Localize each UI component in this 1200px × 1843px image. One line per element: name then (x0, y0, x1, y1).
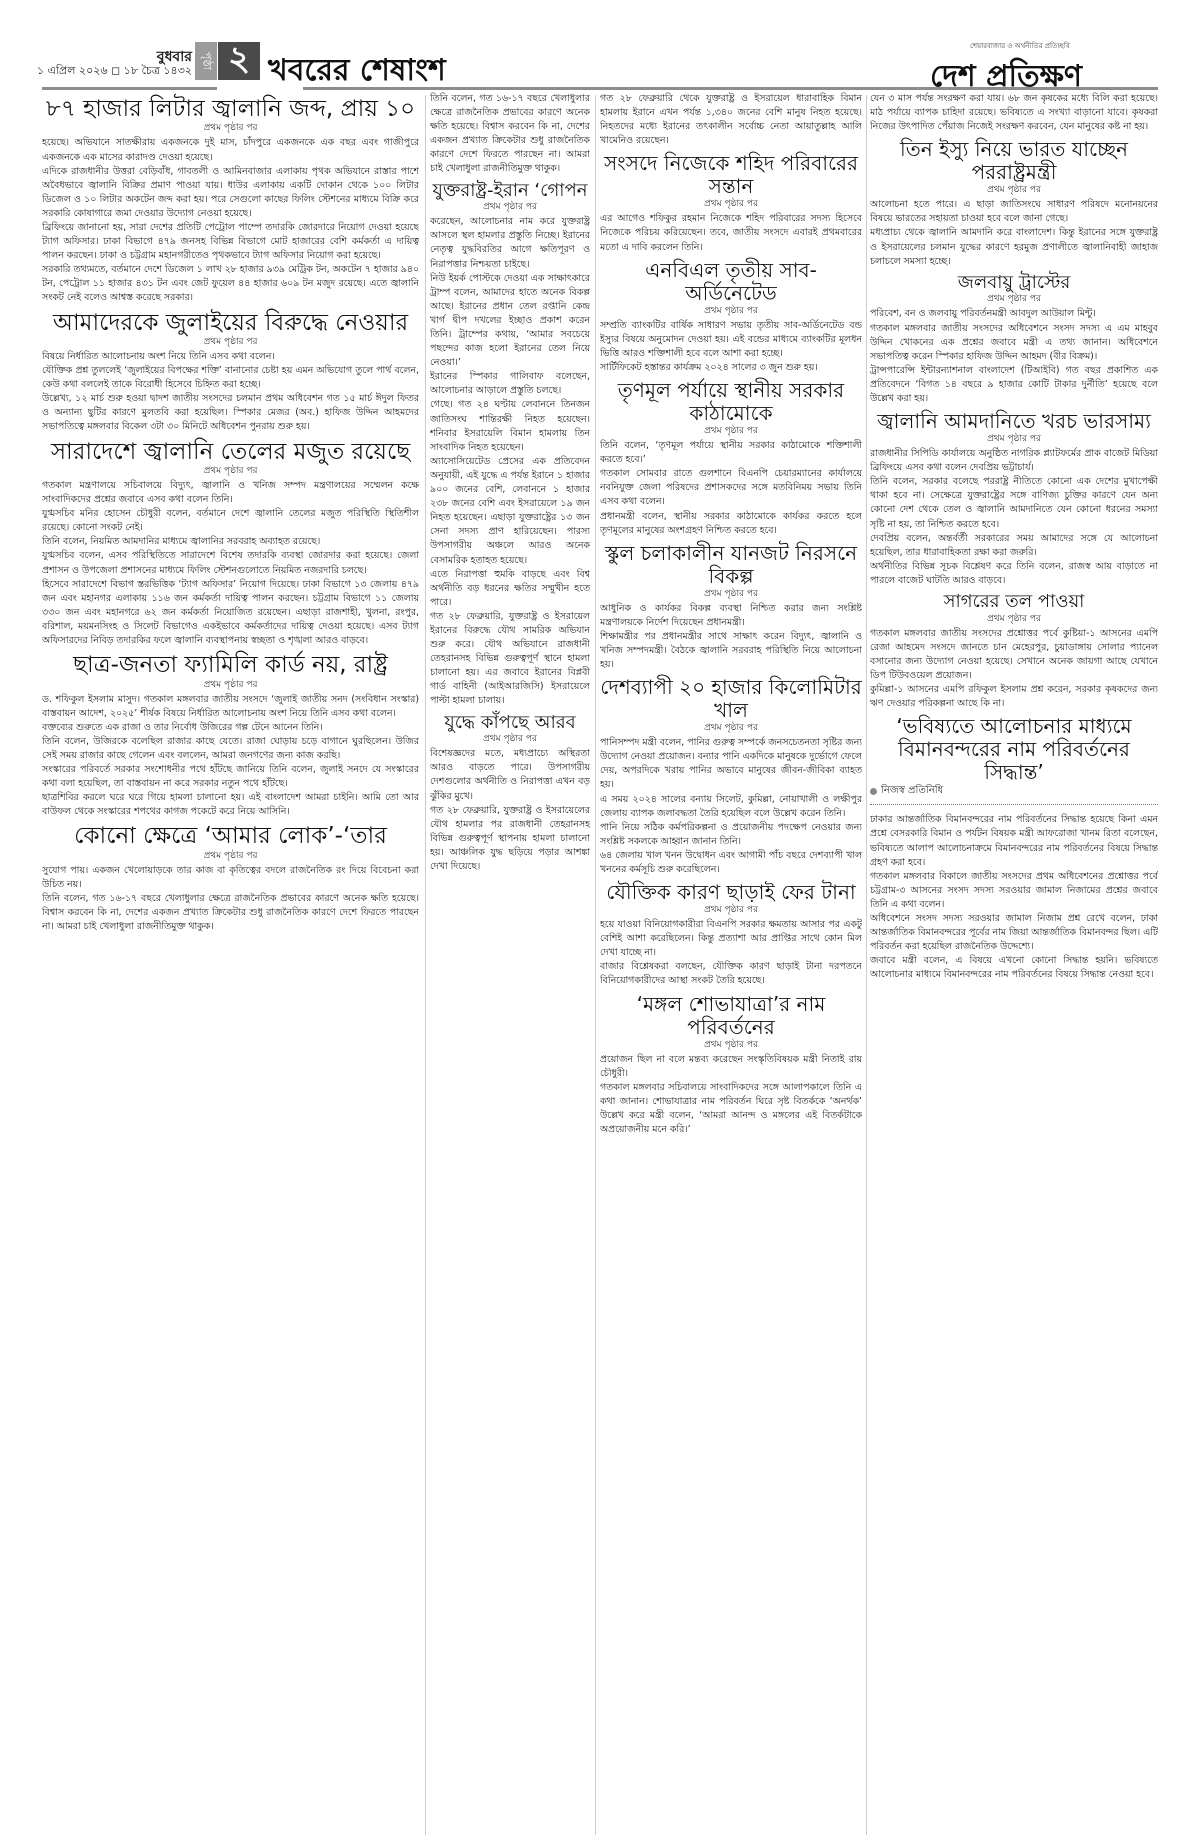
paragraph: তিনি বলেন, গত ১৬-১৭ বছরে খেলাধুলার ক্ষেত… (430, 92, 590, 177)
paragraph: মধ্যপ্রাচ্য থেকে জ্বালানি আমদানি করে বাং… (870, 226, 1158, 268)
paragraph: যুগ্মসচিব বলেন, এসব পরিস্থিতিতে সারাদেশে… (42, 549, 419, 577)
column-divider (595, 95, 596, 1835)
article-airport-rename[interactable]: ‘ভবিষ্যতে আলোচনার মাধ্যমে বিমানবন্দরের ন… (870, 715, 1158, 982)
paragraph: হয়েছে। অভিযানে সাতক্ষীরায় একজনকে দুই ম… (42, 136, 419, 164)
article-my-people-cont[interactable]: তিনি বলেন, গত ১৬-১৭ বছরে খেলাধুলার ক্ষেত… (430, 92, 590, 177)
column-divider (866, 95, 867, 1835)
column-2: তিনি বলেন, গত ১৬-১৭ বছরে খেলাধুলার ক্ষেত… (430, 92, 590, 1837)
paragraph: গতকাল মঙ্গলবার বিকালে জাতীয় সংসদের প্রথ… (870, 870, 1158, 912)
headline[interactable]: দেশব্যাপী ২০ হাজার কিলোমিটার খাল (600, 676, 862, 722)
headline[interactable]: ৮৭ হাজার লিটার জ্বালানি জব্দ, প্রায় ১০ (42, 96, 419, 122)
paragraph: বাজার বিশ্লেষকরা বলছেন, যৌক্তিক কারণ ছাড… (600, 960, 862, 988)
paragraph: গতকাল সোমবার রাতে গুলশানে বিএনপি চেয়ারম… (600, 467, 862, 509)
paragraph: গত ২৮ ফেব্রুয়ারি, যুক্তরাষ্ট্র ও ইসরায়… (430, 804, 590, 874)
paragraph: এদিকে রাজধানীর উত্তরা বেড়িবাঁধ, গাবতলী … (42, 165, 419, 221)
continued-label: প্রথম পৃষ্ঠার পর (430, 733, 590, 745)
continued-label: প্রথম পৃষ্ঠার পর (870, 613, 1158, 625)
page-header: বুধবার ১ এপ্রিল ২০২৬ ◻ ১৮ চৈত্র ১৪৩২ পৃষ… (0, 0, 1200, 82)
continued-label: প্রথম পৃষ্ঠার পর (600, 305, 862, 317)
paragraph: দেবপ্রিয় বলেন, অন্তর্বর্তী সরকারের সময়… (870, 532, 1158, 560)
headline[interactable]: আমাদেরকে জুলাইয়ের বিরুদ্ধে নেওয়ার (42, 310, 419, 336)
continued-label: প্রথম পৃষ্ঠার পর (870, 293, 1158, 305)
column-1: ৮৭ হাজার লিটার জ্বালানি জব্দ, প্রায় ১০ … (42, 92, 419, 1837)
article-sea-bottom[interactable]: সাগরের তল পাওয়া প্রথম পৃষ্ঠার পর গতকাল … (870, 592, 1158, 711)
paragraph: নিউ ইয়র্ক পোস্টকে দেওয়া এক সাক্ষাৎকারে… (430, 272, 590, 371)
column-3: গত ২৮ ফেব্রুয়ারি থেকে যুক্তরাষ্ট্র ও ইস… (600, 92, 862, 1837)
paragraph: তিনি বলেন, ‘তৃণমূল পর্যায়ে স্থানীয় সরক… (600, 439, 862, 467)
paragraph: সুযোগ পায়। একজন খেলোয়াড়কে তার কাজ বা … (42, 864, 419, 892)
continued-label: প্রথম পৃষ্ঠার পর (600, 588, 862, 600)
article-war-arab[interactable]: যুদ্ধে কাঁপছে আরব প্রথম পৃষ্ঠার পর বিশেষ… (430, 713, 590, 875)
headline[interactable]: যৌক্তিক কারণ ছাড়াই ফের টানা (600, 881, 862, 904)
paragraph: এতে নিরাপত্তা হুমকি বাড়ছে এবং বিশ্ব অর্… (430, 568, 590, 610)
headline[interactable]: তিন ইস্যু নিয়ে ভারত যাচ্ছেন পররাষ্ট্রমন… (870, 138, 1158, 184)
paragraph: পানি নিয়ে সঠিক কর্মপরিকল্পনা ও প্রয়োজন… (600, 821, 862, 849)
paragraph: জবাবে মন্ত্রী বলেন, এ বিষয়ে এখনো কোনো স… (870, 954, 1158, 982)
continued-label: প্রথম পৃষ্ঠার পর (870, 184, 1158, 196)
paragraph: হয়ে যাওয়া বিনিয়োগকারীরা বিএনপি সরকার … (600, 918, 862, 960)
paragraph: পানিসম্পদ মন্ত্রী বলেন, পানির গুরুত্ব সম… (600, 736, 862, 792)
headline[interactable]: সারাদেশে জ্বালানি তেলের মজুত রয়েছে (42, 439, 419, 465)
article-fuel-reserve[interactable]: সারাদেশে জ্বালানি তেলের মজুত রয়েছে প্রথ… (42, 439, 419, 649)
paragraph: গতকাল মঙ্গলবার জাতীয় সংসদের অধিবেশনে সং… (870, 322, 1158, 364)
paragraph: বক্তব্যের শুরুতে এক রাজা ও তার নির্বোধ উ… (42, 721, 419, 735)
paragraph: অধিবেশনে সংসদ সদস্য সরওয়ার জামাল নিজাম … (870, 912, 1158, 954)
paragraph: যেন ৩ মাস পর্যন্ত সংরক্ষণ করা যায়। ৬৮ জ… (870, 92, 1158, 134)
headline[interactable]: যুদ্ধে কাঁপছে আরব (430, 713, 590, 734)
page-label: পৃষ্ঠা (195, 42, 217, 80)
date-line: ১ এপ্রিল ২০২৬ ◻ ১৮ চৈত্র ১৪৩২ (37, 64, 192, 78)
article-my-people[interactable]: কোনো ক্ষেত্রে ‘আমার লোক’-‘তার প্রথম পৃষ্… (42, 823, 419, 934)
article-foreign-minister-india[interactable]: যেন ৩ মাস পর্যন্ত সংরক্ষণ করা যায়। ৬৮ জ… (870, 92, 1158, 269)
paragraph: সার্টিফিকেট হস্তান্তর কার্যক্রম ২০২৪ সাল… (600, 361, 862, 375)
continued-label: প্রথম পৃষ্ঠার পর (42, 850, 419, 862)
article-climate-trust[interactable]: জলবায়ু ট্রাস্টের প্রথম পৃষ্ঠার পর পরিবে… (870, 273, 1158, 406)
weekday: বুধবার (37, 50, 192, 64)
paragraph: প্রধানমন্ত্রী বলেন, স্থানীয় সরকার কাঠাম… (600, 510, 862, 538)
continued-label: প্রথম পৃষ্ঠার পর (600, 425, 862, 437)
continued-label: প্রথম পৃষ্ঠার পর (600, 722, 862, 734)
article-fuel-import-cost[interactable]: জ্বালানি আমদানিতে খরচ ভারসাম্য প্রথম পৃষ… (870, 410, 1158, 588)
header-rule-right (303, 87, 1158, 90)
paragraph: এর আগেও শফিকুর রহমান নিজেকে শহিদ পরিবারে… (600, 212, 862, 254)
continued-label: প্রথম পৃষ্ঠার পর (870, 433, 1158, 445)
paragraph: তিনি বলেন, গত ১৬-১৭ বছরে খেলাধুলার ক্ষেত… (42, 892, 419, 934)
paragraph: তিনি বলেন, নিয়মিত আমদানির মাধ্যমে জ্বাল… (42, 535, 419, 549)
continued-label: প্রথম পৃষ্ঠার পর (42, 679, 419, 691)
paragraph: গতকাল মঙ্গলবার সচিবালয়ে সাংবাদিকদের সঙ্… (600, 1081, 862, 1137)
continued-label: প্রথম পৃষ্ঠার পর (42, 465, 419, 477)
column-divider (425, 95, 426, 1835)
paragraph: অ্যাসোসিয়েটেড প্রেসের এক প্রতিবেদন অনুয… (430, 455, 590, 568)
paragraph: ৬৪ জেলায় খাল খনন উদ্বোধন এবং আগামী পাঁচ… (600, 849, 862, 877)
paragraph: উল্লেখ্য, ১২ মার্চ শুরু হওয়া দ্বাদশ জাত… (42, 392, 419, 434)
paragraph: ছাত্রশিবির করলে ঘরে ঘরে গিয়ে হামলা চালা… (42, 791, 419, 819)
paragraph: বিষয়ে নির্ধারিত আলোচনায় অংশ নিয়ে তিনি… (42, 350, 419, 364)
paragraph: করেছেন, আলোচনার নাম করে যুক্তরাষ্ট্র আসল… (430, 215, 590, 271)
paragraph: যৌক্তিক প্রশ্ন তুললেই ‘জুলাইয়ের বিপক্ষে… (42, 364, 419, 392)
header-rule-left (42, 87, 217, 90)
article-fuel-seizure[interactable]: ৮৭ হাজার লিটার জ্বালানি জব্দ, প্রায় ১০ … (42, 96, 419, 306)
article-us-iran[interactable]: যুক্তরাষ্ট্র-ইরান ‘গোপন প্রথম পৃষ্ঠার পর… (430, 181, 590, 709)
paragraph: শিক্ষামন্ত্রীর পর প্রধানমন্ত্রীর সাথে সা… (600, 630, 862, 672)
paragraph: তিনি বলেন, উজিরকে বলেছিল রাজার কাছে যেতে… (42, 735, 419, 763)
headline[interactable]: ‘ভবিষ্যতে আলোচনার মাধ্যমে বিমানবন্দরের ন… (870, 715, 1158, 784)
article-against-july[interactable]: আমাদেরকে জুলাইয়ের বিরুদ্ধে নেওয়ার প্রথ… (42, 310, 419, 435)
headline[interactable]: জ্বালানি আমদানিতে খরচ ভারসাম্য (870, 410, 1158, 433)
continued-label: প্রথম পৃষ্ঠার পর (600, 198, 862, 210)
article-local-govt[interactable]: তৃণমূল পর্যায়ে স্থানীয় সরকার কাঠামোকে … (600, 379, 862, 538)
byline: নিজস্ব প্রতিনিধি (870, 784, 1158, 805)
paragraph: ট্রান্সপারেন্সি ইন্টারন্যাশনাল বাংলাদেশ … (870, 364, 1158, 406)
continued-label: প্রথম পৃষ্ঠার পর (600, 904, 862, 916)
paragraph: যুগ্মসচিব মনির হোসেন চৌধুরী বলেন, বর্তমা… (42, 507, 419, 535)
byline-text: নিজস্ব প্রতিনিধি (881, 784, 943, 798)
headline[interactable]: যুক্তরাষ্ট্র-ইরান ‘গোপন (430, 181, 590, 202)
paragraph: গতকাল মন্ত্রণালয়ে সচিবালয়ে বিদ্যুৎ, জ্… (42, 479, 419, 507)
paragraph: সংস্কারের পরিবর্তে সরকার সংশোধনীর পথে হা… (42, 763, 419, 791)
paragraph: অর্থনীতির বিভিন্ন সূচক বিশ্লেষণ করে তিনি… (870, 560, 1158, 588)
paragraph: রাজধানীর সিপিডি কার্যালয়ে অনুষ্ঠিত নাগর… (870, 447, 1158, 475)
continued-label: প্রথম পৃষ্ঠার পর (600, 1039, 862, 1051)
article-market-fall[interactable]: যৌক্তিক কারণ ছাড়াই ফের টানা প্রথম পৃষ্ঠ… (600, 881, 862, 988)
masthead-tagline: শেয়ারবাজার ও অর্থনীতির প্রতিচ্ছবি (970, 40, 1170, 52)
paragraph: ড. শফিকুল ইসলাম মাসুদ। গতকাল মঙ্গলবার জা… (42, 693, 419, 721)
article-nbl-bond[interactable]: এনবিএল তৃতীয় সাব-অর্ডিনেটেড প্রথম পৃষ্ঠ… (600, 259, 862, 375)
paragraph: ইরানের স্পিকার গালিবাফ বলেছেন, আলোচনার আ… (430, 370, 590, 398)
paragraph: সম্প্রতি ব্যাংকটির বার্ষিক সাধারণ সভায় … (600, 319, 862, 361)
paragraph: আধুনিক ও কার্যকর বিকল্প ব্যবস্থা নিশ্চিত… (600, 602, 862, 630)
bullet-dot-icon (870, 788, 877, 795)
paragraph: বিশেষজ্ঞদের মতে, মধ্যপ্রাচ্যে অস্থিরতা আ… (430, 747, 590, 803)
paragraph: কুমিল্লা-১ আসনের এমপি রফিকুল ইসলাম প্রশ্… (870, 683, 1158, 711)
article-school-traffic[interactable]: স্কুল চলাকালীন যানজট নিরসনে বিকল্প প্রথম… (600, 542, 862, 672)
date-block: বুধবার ১ এপ্রিল ২০২৬ ◻ ১৮ চৈত্র ১৪৩২ (37, 50, 192, 78)
paragraph: গত ২৮ ফেব্রুয়ারি, যুক্তরাষ্ট্র ও ইসরায়… (430, 610, 590, 709)
paragraph: ব্রিফিংয়ে জানানো হয়, সারা দেশের প্রতিট… (42, 221, 419, 263)
paragraph: হিসেবে সারাদেশে বিভাগ স্তরভিত্তিক ‘ট্যাগ… (42, 578, 419, 648)
paragraph: ঢাকার আন্তর্জাতিক বিমানবন্দরের নাম পরিবর… (870, 813, 1158, 869)
headline[interactable]: ছাত্র-জনতা ফ্যামিলি কার্ড নয়, রাষ্ট্র (42, 652, 419, 678)
paragraph: সরকারি তথ্যমতে, বর্তমানে দেশে ডিজেল ১ লা… (42, 263, 419, 305)
article-martyr-family[interactable]: গত ২৮ ফেব্রুয়ারি থেকে যুক্তরাষ্ট্র ও ইস… (600, 92, 862, 255)
headline[interactable]: কোনো ক্ষেত্রে ‘আমার লোক’-‘তার (42, 823, 419, 849)
headline[interactable]: সংসদে নিজেকে শহিদ পরিবারের সন্তান (600, 152, 862, 198)
page-number: ২ (218, 42, 260, 80)
paragraph: আলোচনা হতে পারে। এ ছাড়া জাতিসংঘে সাধারণ… (870, 198, 1158, 226)
paragraph: এ সময় ২০২৪ সালের বন্যায় সিলেট, কুমিল্ল… (600, 793, 862, 821)
paragraph: গত ২৮ ফেব্রুয়ারি থেকে যুক্তরাষ্ট্র ও ইস… (600, 92, 862, 148)
continued-label: প্রথম পৃষ্ঠার পর (42, 336, 419, 348)
headline[interactable]: এনবিএল তৃতীয় সাব-অর্ডিনেটেড (600, 259, 862, 305)
paragraph: গেছে। গত ২৪ ঘণ্টায় লেবাননে তিনজন জাতিসং… (430, 398, 590, 454)
headline[interactable]: জলবায়ু ট্রাস্টের (870, 273, 1158, 294)
article-canal-digging[interactable]: দেশব্যাপী ২০ হাজার কিলোমিটার খাল প্রথম প… (600, 676, 862, 877)
continued-label: প্রথম পৃষ্ঠার পর (42, 122, 419, 134)
headline[interactable]: স্কুল চলাকালীন যানজট নিরসনে বিকল্প (600, 542, 862, 588)
headline[interactable]: সাগরের তল পাওয়া (870, 592, 1158, 613)
paragraph: পরিবেশ, বন ও জলবায়ু পরিবর্তনমন্ত্রী আবদ… (870, 307, 1158, 321)
continued-label: প্রথম পৃষ্ঠার পর (430, 201, 590, 213)
column-right-wide: যেন ৩ মাস পর্যন্ত সংরক্ষণ করা যায়। ৬৮ জ… (870, 92, 1158, 1837)
paragraph: তিনি বলেন, সরকার বলেছে পররাষ্ট্র নীতিতে … (870, 475, 1158, 531)
paragraph: গতকাল মঙ্গলবার জাতীয় সংসদের প্রশ্নোত্তর… (870, 627, 1158, 683)
article-mangal-shobhajatra[interactable]: ‘মঙ্গল শোভাযাত্রা’র নাম পরিবর্তনের প্রথম… (600, 993, 862, 1138)
headline[interactable]: তৃণমূল পর্যায়ে স্থানীয় সরকার কাঠামোকে (600, 379, 862, 425)
headline[interactable]: ‘মঙ্গল শোভাযাত্রা’র নাম পরিবর্তনের (600, 993, 862, 1039)
paragraph: প্রয়োজন ছিল না বলে মন্তব্য করেছেন সংস্ক… (600, 1053, 862, 1081)
article-family-card[interactable]: ছাত্র-জনতা ফ্যামিলি কার্ড নয়, রাষ্ট্র প… (42, 652, 419, 819)
